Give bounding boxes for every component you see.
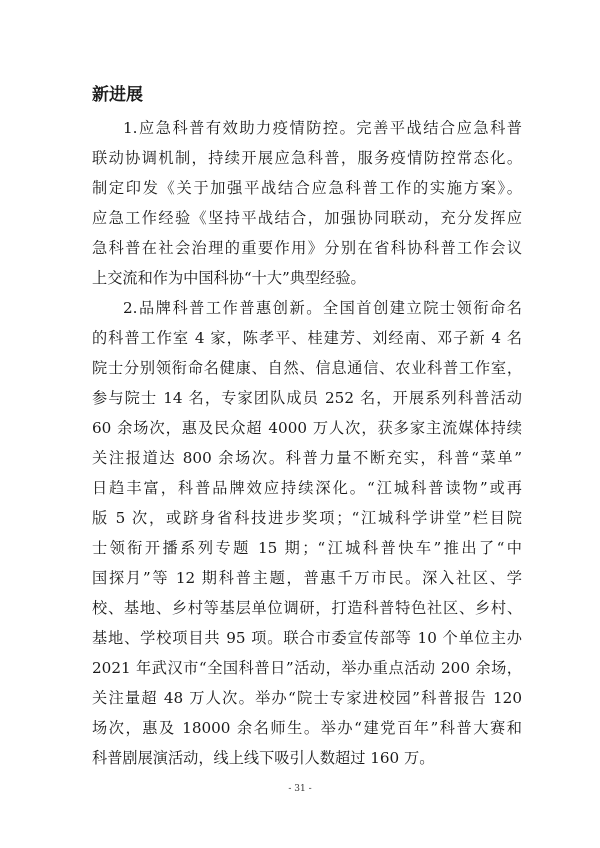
paragraph-line: 科普剧展演活动，线上线下吸引人数超过 160 万。 [92, 748, 522, 768]
paragraph-line: 国探月”等 12 期科普主题，普惠千万市民。深入社区、学 [92, 568, 522, 588]
paragraph-line: 急科普在社会治理的重要作用》分别在省科协科普工作会议 [92, 238, 522, 258]
paragraph-line: 士领衔开播系列专题 15 期；“江城科普快车”推出了“中 [92, 538, 522, 558]
paragraph-line: 应急工作经验《坚持平战结合，加强协同联动，充分发挥应 [92, 208, 522, 228]
paragraph-line: 日趋丰富，科普品牌效应持续深化。“江城科普读物”或再 [92, 478, 522, 498]
paragraph-line: 关注量超 48 万人次。举办“院士专家进校园”科普报告 120 [92, 688, 522, 708]
paragraph-line: 2.品牌科普工作普惠创新。全国首创建立院士领衔命名 [123, 298, 522, 318]
paragraph-line: 上交流和作为中国科协“十大”典型经验。 [92, 268, 522, 288]
paragraph-line: 基地、学校项目共 95 项。联合市委宣传部等 10 个单位主办 [92, 628, 522, 648]
paragraph-line: 参与院士 14 名，专家团队成员 252 名，开展系列科普活动 [92, 388, 522, 408]
paragraph-line: 校、基地、乡村等基层单位调研，打造科普特色社区、乡村、 [92, 598, 522, 618]
paragraph-line: 1.应急科普有效助力疫情防控。完善平战结合应急科普 [123, 118, 522, 138]
paragraph-line: 60 余场次，惠及民众超 4000 万人次，获多家主流媒体持续 [92, 418, 522, 438]
paragraph-line: 联动协调机制，持续开展应急科普，服务疫情防控常态化。 [92, 148, 522, 168]
paragraph-line: 的科普工作室 4 家，陈孝平、桂建芳、刘经南、邓子新 4 名 [92, 328, 522, 348]
paragraph-line: 制定印发《关于加强平战结合应急科普工作的实施方案》。 [92, 178, 522, 198]
paragraph-line: 2021 年武汉市“全国科普日”活动，举办重点活动 200 余场， [92, 658, 522, 678]
paragraph-line: 关注报道达 800 余场次。科普力量不断充实，科普“菜单” [92, 448, 522, 468]
paragraph-line: 版 5 次，或跻身省科技进步奖项；“江城科学讲堂”栏目院 [92, 508, 522, 528]
paragraph-line: 院士分别领衔命名健康、自然、信息通信、农业科普工作室， [92, 358, 522, 378]
page-number: - 31 - [0, 784, 600, 794]
document-page: 新进展 1.应急科普有效助力疫情防控。完善平战结合应急科普 联动协调机制，持续开… [0, 0, 600, 848]
paragraph-line: 场次，惠及 18000 余名师生。举办“建党百年”科普大赛和 [92, 718, 522, 738]
section-heading: 新进展 [92, 84, 143, 106]
